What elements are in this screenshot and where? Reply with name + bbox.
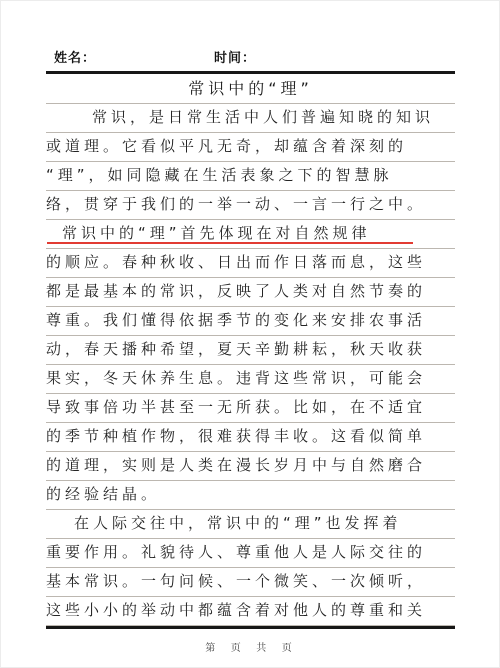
text-line: 这些小小的举动中都蕴含着对他人的尊重和关 <box>46 597 455 626</box>
text-line-content: 这些小小的举动中都蕴含着对他人的尊重和关 <box>46 601 426 619</box>
text-line-content: 络，贯穿于我们的一举一动、一言一行之中。 <box>46 195 426 213</box>
red-underline <box>47 242 413 244</box>
text-line-content: 的道理，实则是人类在漫长岁月中与自然磨合 <box>46 456 426 474</box>
text-line: 尊重。我们懂得依据季节的变化来安排农事活 <box>46 307 455 336</box>
footer-divider <box>46 626 455 629</box>
text-line: 都是最基本的常识，反映了人类对自然节奏的 <box>46 278 455 307</box>
text-line: 的经验结晶。 <box>46 481 455 510</box>
text-line-content: 基本常识。一句问候、一个微笑、一次倾听， <box>46 572 426 590</box>
text-line: 动，春天播种希望，夏天辛勤耕耘，秋天收获 <box>46 336 455 365</box>
text-line: 基本常识。一句问候、一个微笑、一次倾听， <box>46 568 455 597</box>
text-line: 络，贯穿于我们的一举一动、一言一行之中。 <box>46 191 455 220</box>
text-line-content: 在人际交往中，常识中的“理”也发挥着 <box>74 514 402 532</box>
text-line-content: 或道理。它看似平凡无奇，却蕴含着深刻的 <box>46 137 407 155</box>
text-line: “理”，如同隐藏在生活表象之下的智慧脉 <box>46 162 455 191</box>
text-line: 或道理。它看似平凡无奇，却蕴含着深刻的 <box>46 133 455 162</box>
text-line: 的季节种植作物，很难获得丰收。这看似简单 <box>46 423 455 452</box>
text-line: 导致事倍功半甚至一无所获。比如，在不适宜 <box>46 394 455 423</box>
page-title: 常识中的“理” <box>46 74 455 104</box>
time-label: 时间： <box>214 47 256 66</box>
name-label: 姓名： <box>54 47 96 66</box>
worksheet-page: 姓名： 时间： 常识中的“理” 常识，是日常生活中人们普遍知晓的知识 或道理。它… <box>0 0 500 668</box>
text-line-content: 的顺应。春种秋收、日出而作日落而息，这些 <box>46 253 426 271</box>
footer-page-label: 第 页 共 页 <box>0 639 500 654</box>
text-line: 的道理，实则是人类在漫长岁月中与自然磨合 <box>46 452 455 481</box>
text-line-red-underlined: 常识中的“理”首先体现在对自然规律 <box>46 220 455 249</box>
text-line-content: 动，春天播种希望，夏天辛勤耕耘，秋天收获 <box>46 340 426 358</box>
text-line-content: 的季节种植作物，很难获得丰收。这看似简单 <box>46 427 426 445</box>
text-line: 果实，冬天休养生息。违背这些常识，可能会 <box>46 365 455 394</box>
text-line-content: 果实，冬天休养生息。违背这些常识，可能会 <box>46 369 426 387</box>
text-line-content: 都是最基本的常识，反映了人类对自然节奏的 <box>46 282 426 300</box>
text-line-content: “理”，如同隐藏在生活表象之下的智慧脉 <box>46 166 393 184</box>
body-text-block: 常识，是日常生活中人们普遍知晓的知识 或道理。它看似平凡无奇，却蕴含着深刻的 “… <box>46 104 455 626</box>
text-line: 在人际交往中，常识中的“理”也发挥着 <box>46 510 455 539</box>
text-line-content: 导致事倍功半甚至一无所获。比如，在不适宜 <box>46 398 426 416</box>
text-line: 常识，是日常生活中人们普遍知晓的知识 <box>46 104 455 133</box>
text-line-content: 尊重。我们懂得依据季节的变化来安排农事活 <box>46 311 426 329</box>
text-line-content: 的经验结晶。 <box>46 485 160 503</box>
text-line-content: 常识，是日常生活中人们普遍知晓的知识 <box>92 108 434 126</box>
text-line-content: 重要作用。礼貌待人、尊重他人是人际交往的 <box>46 543 426 561</box>
text-line: 重要作用。礼貌待人、尊重他人是人际交往的 <box>46 539 455 568</box>
text-line-content: 常识中的“理”首先体现在对自然规律 <box>62 224 371 242</box>
text-line: 的顺应。春种秋收、日出而作日落而息，这些 <box>46 249 455 278</box>
